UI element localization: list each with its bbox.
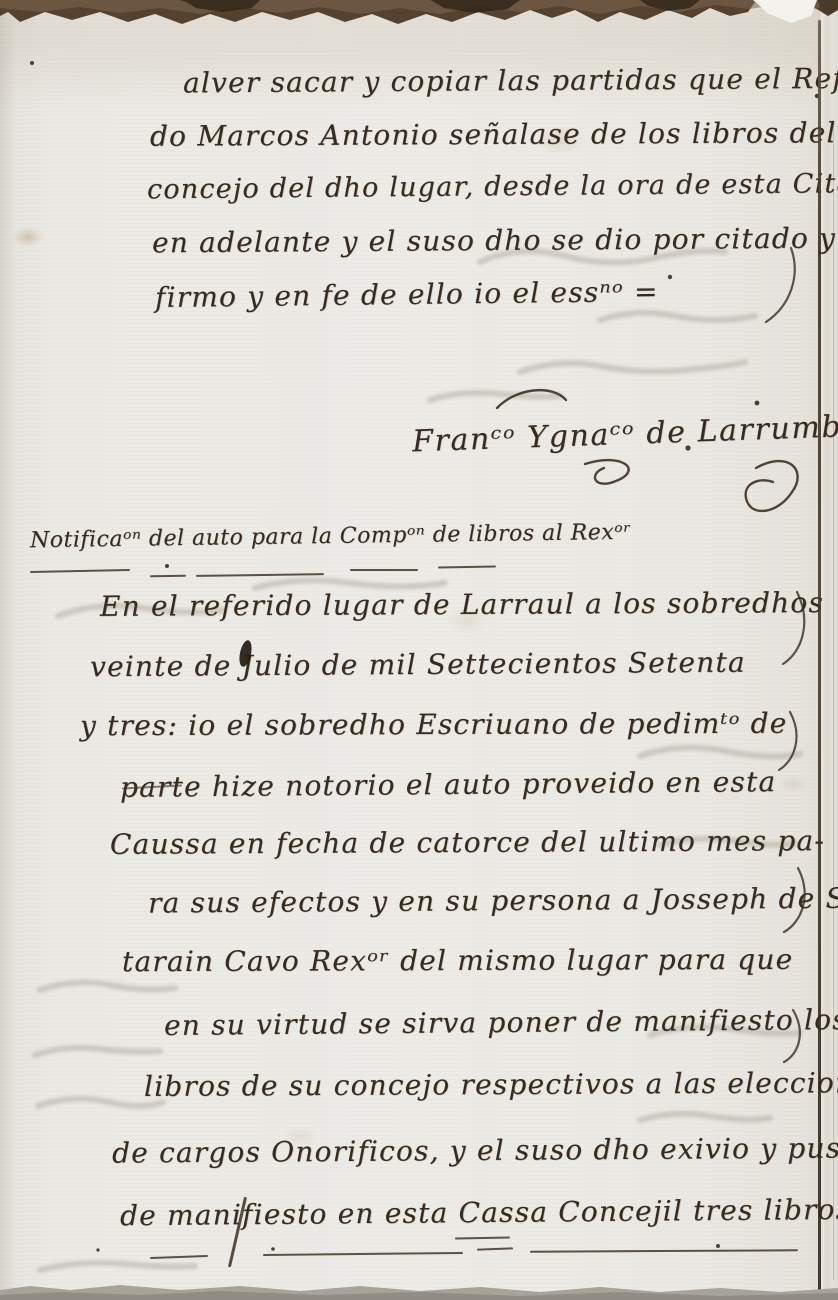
manuscript-line: En el referido lugar de Larraul a los so… <box>100 586 824 623</box>
manuscript-line: de manifiesto en esta Cassa Concejil tre… <box>120 1193 838 1232</box>
page-fold-line <box>818 20 821 1300</box>
page-fold-line-faint <box>833 120 834 1280</box>
bottom-torn-edge <box>0 1280 838 1300</box>
bleedthrough-ghost-writing <box>35 251 800 1270</box>
manuscript-page: alver sacar y copiar las partidas que el… <box>0 0 838 1300</box>
manuscript-line: Caussa en fecha de catorce del ultimo me… <box>110 824 825 861</box>
manuscript-line: en su virtud se sirva poner de manifiest… <box>164 1003 838 1042</box>
torn-top-edge <box>0 0 838 36</box>
manuscript-line: ra sus efectos y en su persona a Josseph… <box>148 881 838 919</box>
manuscript-line: parte hize notorio el auto proveido en e… <box>120 765 777 804</box>
manuscript-line: tarain Cavo Rexᵒʳ del mismo lugar para q… <box>122 943 794 978</box>
manuscript-line: en adelante y el suso dho se dio por cit… <box>152 222 836 260</box>
manuscript-line: libros de su concejo respectivos a las e… <box>144 1066 838 1103</box>
margin-pen-strokes <box>766 248 805 1062</box>
manuscript-line: veinte de Julio de mil Settecientos Sete… <box>90 646 746 684</box>
manuscript-line: de cargos Onorificos, y el suso dho exiv… <box>112 1131 838 1169</box>
manuscript-line: do Marcos Antonio señalase de los libros… <box>150 116 837 153</box>
manuscript-line: concejo del dho lugar, desde la ora de e… <box>147 168 838 206</box>
manuscript-line: alver sacar y copiar las partidas que el… <box>183 62 838 100</box>
manuscript-line: y tres: io el sobredho Escriuano de pedi… <box>80 707 788 742</box>
manuscript-line: firmo y en fe de ello io el essⁿᵒ = <box>155 275 659 314</box>
